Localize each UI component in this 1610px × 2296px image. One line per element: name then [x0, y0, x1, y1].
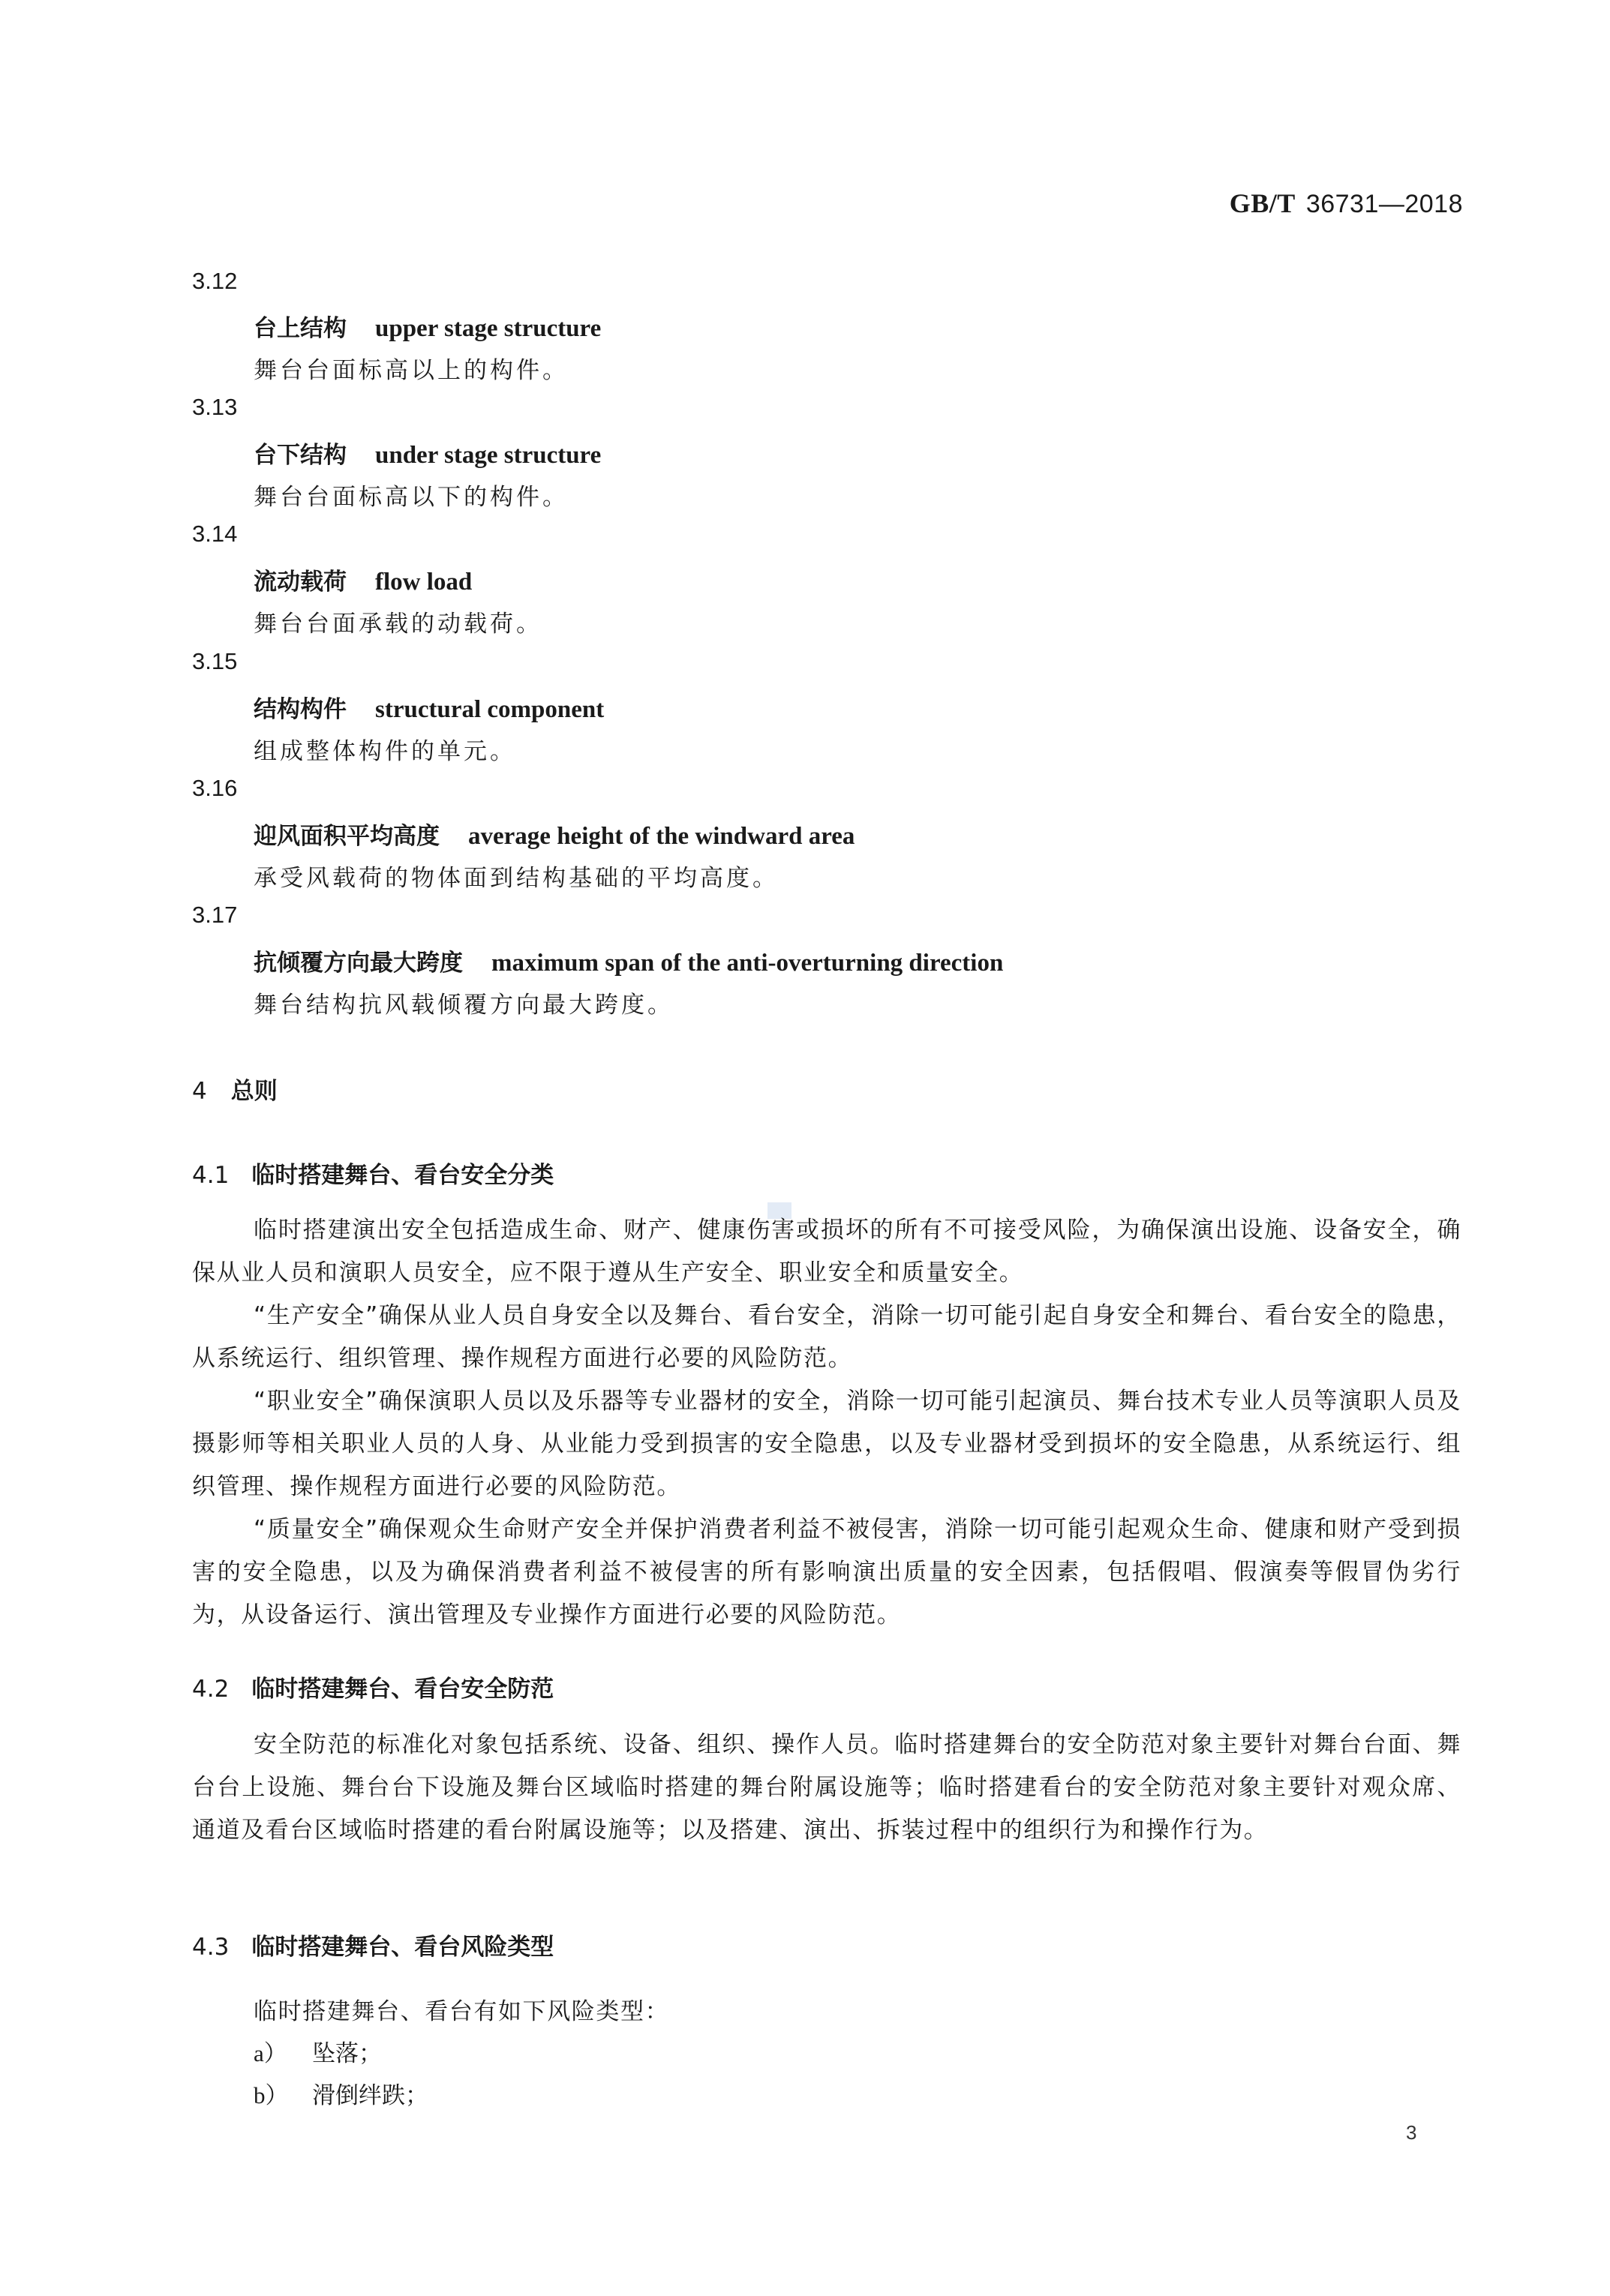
term-heading: 结构构件structural component	[254, 690, 604, 724]
term-heading: 迎风面积平均高度average height of the windward a…	[254, 817, 855, 851]
section-title: 临时搭建舞台、看台风险类型	[251, 1934, 554, 1961]
standard-code: GB/T36731—2018	[1230, 188, 1463, 219]
term-number: 3.17	[192, 902, 237, 929]
section-number: 4.2	[192, 1676, 229, 1703]
term-zh: 台上结构	[254, 315, 347, 342]
term-heading: 抗倾覆方向最大跨度maximum span of the anti-overtu…	[254, 944, 1003, 977]
term-number: 3.12	[192, 268, 237, 295]
list-item: b）滑倒绊跌；	[254, 2076, 428, 2110]
term-en: under stage structure	[375, 442, 601, 469]
term-zh: 流动载荷	[254, 569, 347, 596]
term-zh: 迎风面积平均高度	[254, 823, 440, 850]
section-heading: 4.1临时搭建舞台、看台安全分类	[192, 1156, 554, 1190]
section-heading: 4.2临时搭建舞台、看台安全防范	[192, 1670, 554, 1703]
term-zh: 结构构件	[254, 696, 347, 723]
term-heading: 流动载荷flow load	[254, 563, 472, 596]
term-definition: 舞台结构抗风载倾覆方向最大跨度。	[254, 986, 674, 1019]
section-number: 4.1	[192, 1162, 229, 1189]
term-number: 3.13	[192, 394, 237, 421]
term-zh: 抗倾覆方向最大跨度	[254, 950, 463, 977]
term-en: structural component	[375, 696, 604, 723]
term-number: 3.14	[192, 521, 237, 548]
chapter-number: 4	[192, 1078, 207, 1105]
section-heading: 4.3临时搭建舞台、看台风险类型	[192, 1928, 554, 1961]
paragraph: “生产安全”确保从业人员自身安全以及舞台、看台安全，消除一切可能引起自身安全和舞…	[192, 1295, 1461, 1380]
section-number: 4.3	[192, 1934, 229, 1961]
chapter-title: 总则	[231, 1078, 278, 1105]
paragraph: “质量安全”确保观众生命财产安全并保护消费者利益不被侵害，消除一切可能引起观众生…	[192, 1508, 1461, 1637]
list-text: 滑倒绊跌；	[312, 2082, 428, 2109]
term-definition: 组成整体构件的单元。	[254, 732, 516, 766]
term-heading: 台下结构under stage structure	[254, 436, 601, 470]
list-text: 坠落；	[312, 2040, 382, 2067]
standard-number: 36731—2018	[1306, 190, 1463, 218]
page-number: 3	[1406, 2121, 1416, 2144]
term-en: flow load	[375, 569, 472, 596]
term-heading: 台上结构upper stage structure	[254, 309, 601, 343]
paragraph: 安全防范的标准化对象包括系统、设备、组织、操作人员。临时搭建舞台的安全防范对象主…	[192, 1724, 1461, 1852]
list-item: a）坠落；	[254, 2034, 382, 2068]
term-en: maximum span of the anti-overturning dir…	[491, 950, 1003, 977]
section-title: 临时搭建舞台、看台安全分类	[251, 1162, 554, 1189]
paragraph: “职业安全”确保演职人员以及乐器等专业器材的安全，消除一切可能引起演员、舞台技术…	[192, 1380, 1461, 1508]
list-marker: b）	[254, 2076, 312, 2110]
term-definition: 舞台台面标高以上的构件。	[254, 351, 569, 385]
term-en: average height of the windward area	[468, 823, 855, 850]
document-page: GB/T36731—2018 3.12 台上结构upper stage stru…	[0, 0, 1610, 2296]
paragraph: 临时搭建演出安全包括造成生命、财产、健康伤害或损坏的所有不可接受风险，为确保演出…	[192, 1209, 1461, 1295]
term-number: 3.16	[192, 775, 237, 802]
section-title: 临时搭建舞台、看台安全防范	[251, 1676, 554, 1703]
list-marker: a）	[254, 2034, 312, 2068]
term-en: upper stage structure	[375, 315, 601, 342]
standard-prefix: GB/T	[1230, 188, 1296, 218]
chapter-heading: 4总则	[192, 1072, 278, 1106]
term-definition: 舞台台面承载的动载荷。	[254, 605, 542, 638]
term-zh: 台下结构	[254, 442, 347, 469]
term-definition: 承受风载荷的物体面到结构基础的平均高度。	[254, 859, 779, 893]
term-number: 3.15	[192, 648, 237, 675]
list-intro: 临时搭建舞台、看台有如下风险类型：	[254, 1992, 669, 2026]
term-definition: 舞台台面标高以下的构件。	[254, 478, 569, 512]
